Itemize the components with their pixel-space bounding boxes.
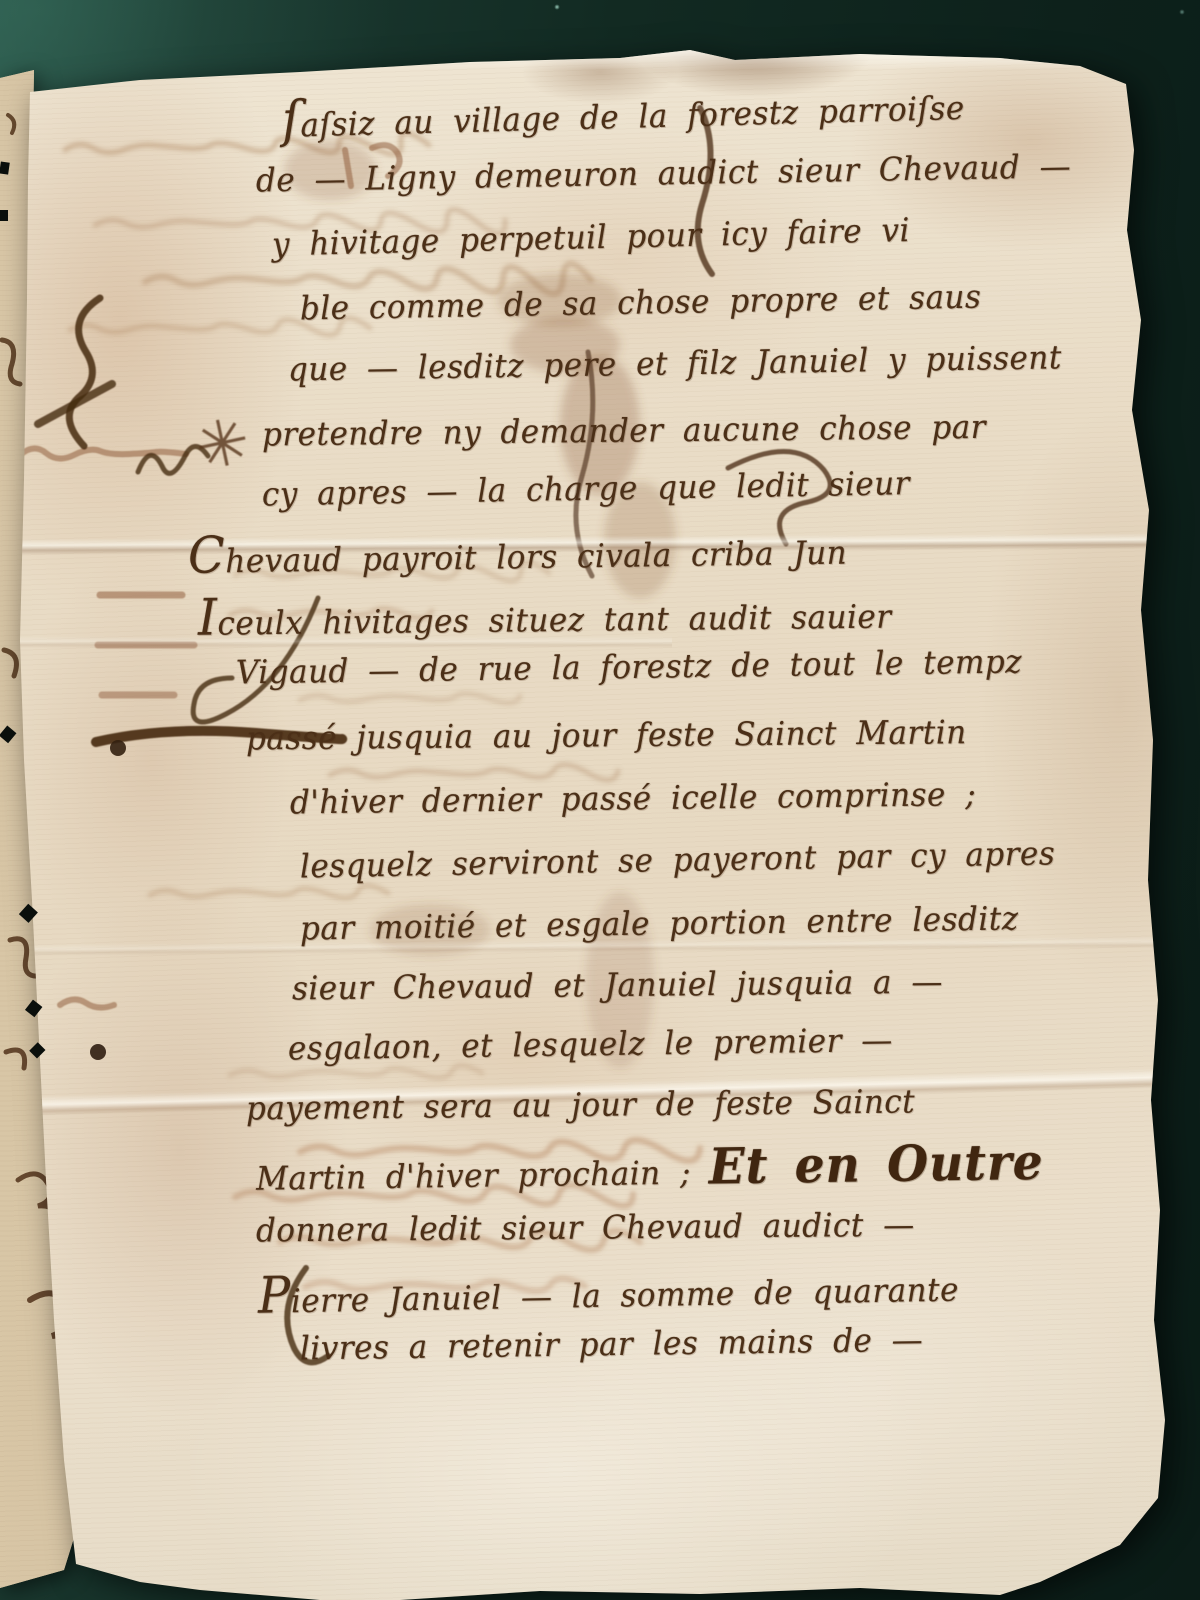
page-wrap: ſaſsiz au village de la forestz parroiſs… <box>0 0 1200 1600</box>
paraph-star-icon: ✳ <box>189 403 257 487</box>
manuscript-line-11: passé jusquia au jour feste Sainct Marti… <box>246 717 967 756</box>
manuscript-line-13: lesquelz serviront se payeront par cy ap… <box>300 838 1056 884</box>
manuscript-line-18-text: Martin d'hiver prochain ; <box>256 1154 691 1198</box>
manuscript-line-9: Iceulx hivitages situez tant audit sauie… <box>198 586 892 644</box>
bleed-through-decor <box>0 0 1200 1600</box>
manuscript-line-15: sieur Chevaud et Januiel jusquia a — <box>292 966 943 1005</box>
manuscript-line-20: Pierre Januiel — la somme de quarante <box>258 1259 960 1322</box>
manuscript-line-18-emphasis: Et en Outre <box>708 1134 1044 1196</box>
manuscript-photo: ſaſsiz au village de la forestz parroiſs… <box>0 0 1200 1600</box>
manuscript-line-12: d'hiver dernier passé icelle comprinse ; <box>290 779 977 820</box>
manuscript-line-16: esgalaon, et lesquelz le premier — <box>288 1025 893 1066</box>
manuscript-line-6: pretendre ny demander aucune chose par <box>262 412 986 452</box>
manuscript-line-14: par moitié et esgale portion entre lesdi… <box>300 903 1019 946</box>
manuscript-line-19: donnera ledit sieur Chevaud audict — <box>256 1209 915 1247</box>
manuscript-line-17: payement sera au jour de feste Sainct <box>246 1086 915 1126</box>
manuscript-line-7: cy apres — la charge que ledit sieur <box>262 468 911 512</box>
manuscript-line-5: que — lesditz pere et filz Januiel y pui… <box>288 342 1062 387</box>
manuscript-line-21: livres a retenir par les mains de — <box>300 1325 924 1366</box>
manuscript-line-4: ble comme de sa chose propre et saus <box>300 281 982 325</box>
manuscript-page: ſaſsiz au village de la forestz parroiſs… <box>0 0 1200 1600</box>
manuscript-line-1: ſaſsiz au village de la forestz parroiſs… <box>281 77 965 145</box>
fold-crease-mid <box>0 936 1200 956</box>
fold-crease-upper <box>0 533 1200 555</box>
manuscript-line-10: Vigaud — de rue la forestz de tout le te… <box>236 646 1023 690</box>
manuscript-line-3: y hivitage perpetuil pour icy faire vi <box>272 215 911 262</box>
fold-crease-lower <box>0 1067 1200 1116</box>
fold-crease-left <box>0 636 672 648</box>
manuscript-line-18: Martin d'hiver prochain ;Et en Outre <box>256 1138 1044 1198</box>
manuscript-line-8: Chevaud payroit lors civala criba Jun <box>188 522 848 582</box>
manuscript-line-2: de — Ligny demeuron audict sieur Chevaud… <box>256 151 1072 198</box>
